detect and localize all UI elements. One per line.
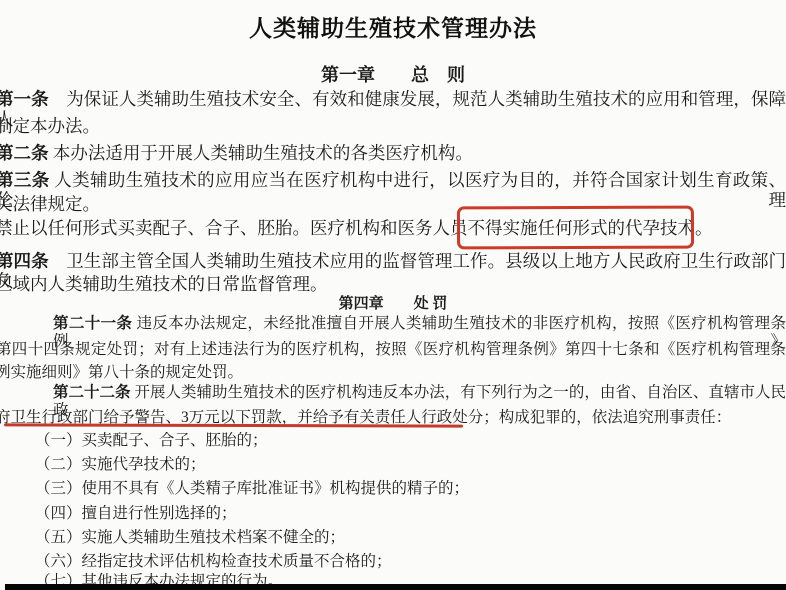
article-1-label: 第一条 [0, 89, 49, 109]
article-3-line-3: 禁止以任何形式买卖配子、合子、胚胎。医疗机构和医务人员不得实施任何形式的代孕技术… [0, 218, 785, 238]
article-3-prohibition-text: 禁止以任何形式买卖配子、合子、胚胎。医疗机构和医务人员 [0, 218, 468, 238]
article-22-label: 第二十二条 [53, 384, 131, 401]
article-4-label: 第四条 [0, 251, 49, 271]
article-21-label: 第二十一条 [53, 315, 132, 332]
article-22-line-2: 府卫生行政部门给予警告、3万元以下罚款，并给予有关责任人行政处分；构成犯罪的，依… [0, 409, 785, 427]
article-21-line-3: 例实施细则》第八十条的规定处罚。 [0, 364, 785, 382]
list-item-6: （六）经指定技术评估机构检查技术质量不合格的； [35, 553, 786, 571]
list-item-5: （五）实施人类辅助生殖技术档案不健全的； [35, 529, 786, 547]
article-3-label: 第三条 [0, 170, 50, 190]
article-3-boxed-text: 不得实施任何形式的代孕技术。 [468, 218, 713, 238]
bottom-black-bar [5, 584, 786, 590]
article-2-line: 第二条 本办法适用于开展人类辅助生殖技术的各类医疗机构。 [0, 143, 786, 163]
article-21-line-2: 第四十四条规定处罚；对有上述违法行为的医疗机构，按照《医疗机构管理条例》第四十七… [0, 341, 786, 359]
list-item-3: （三）使用不具有《人类精子库批准证书》机构提供的精子的； [35, 480, 786, 498]
article-2-label: 第二条 [0, 143, 49, 163]
list-item-2: （二）实施代孕技术的； [35, 456, 786, 474]
chapter-1-heading: 第一章 总 则 [0, 61, 786, 87]
list-item-4: （四）擅自进行性别选择的； [35, 505, 786, 523]
article-3-line-2: 关法律规定。 [0, 194, 785, 214]
article-1-line-2: 制定本办法。 [0, 116, 785, 136]
list-item-1: （一）买卖配子、合子、胚胎的； [35, 432, 786, 450]
document-title: 人类辅助生殖技术管理办法 [0, 10, 786, 43]
chapter-4-heading: 第四章 处 罚 [0, 292, 786, 313]
document-page: 人类辅助生殖技术管理办法 第一章 总 则 第一条 为保证人类辅助生殖技术安全、有… [0, 0, 786, 590]
article-2-text: 本办法适用于开展人类辅助生殖技术的各类医疗机构。 [49, 143, 473, 163]
